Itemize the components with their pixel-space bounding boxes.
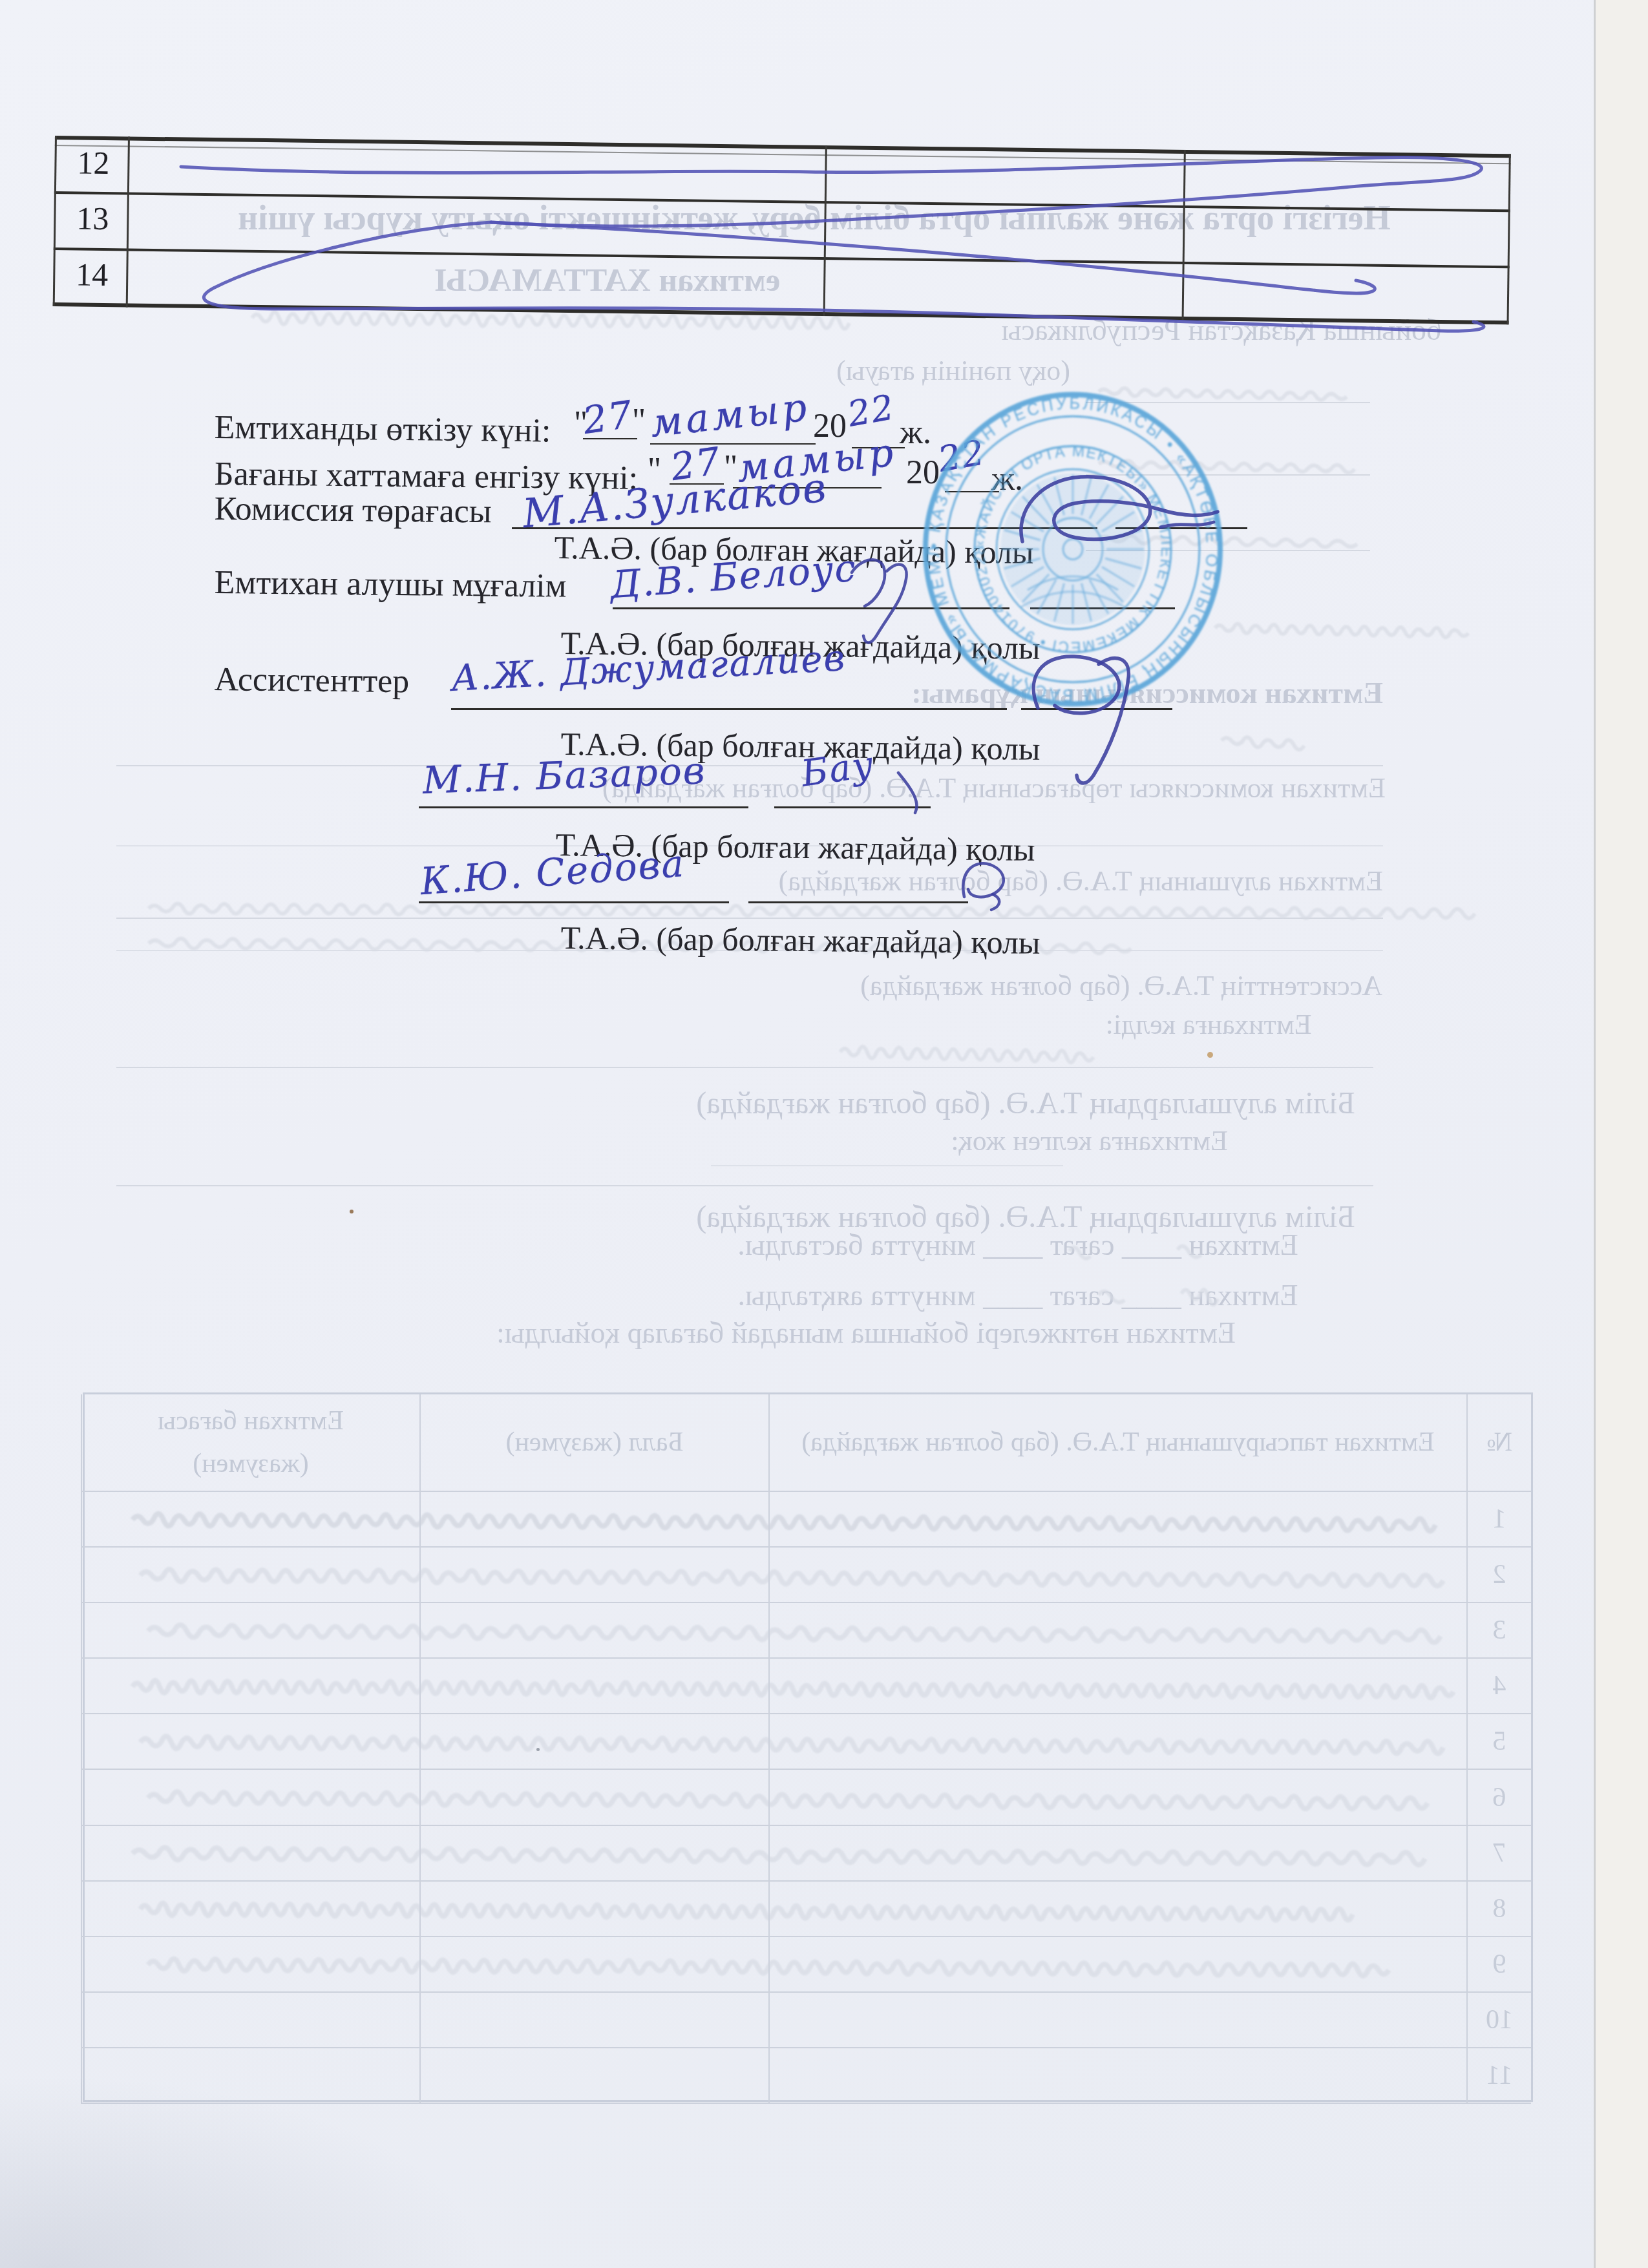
ink-stroke [991, 894, 999, 910]
ink-stroke [1021, 477, 1218, 541]
ink-stroke [1161, 522, 1214, 527]
ink-stroke [963, 863, 1003, 897]
ink-stroke [204, 222, 1484, 331]
ink-stroke [1077, 658, 1128, 783]
paper-speck [536, 1748, 540, 1751]
ink-stroke [1033, 656, 1119, 713]
scanned-protocol-page: Негізгі орта және жалпы орта білім беру,… [0, 0, 1594, 2268]
page-curl-shadow [0, 2074, 491, 2268]
ink-stroke [898, 773, 916, 813]
ink-stroke [181, 158, 1481, 226]
ink-stroke [852, 560, 885, 606]
paper-speck [350, 1210, 354, 1213]
ink-stroke [491, 222, 1375, 293]
paper-speck [1207, 1052, 1213, 1058]
ink-strokes-layer [0, 0, 1648, 2268]
paper-right-edge [1594, 0, 1596, 2268]
